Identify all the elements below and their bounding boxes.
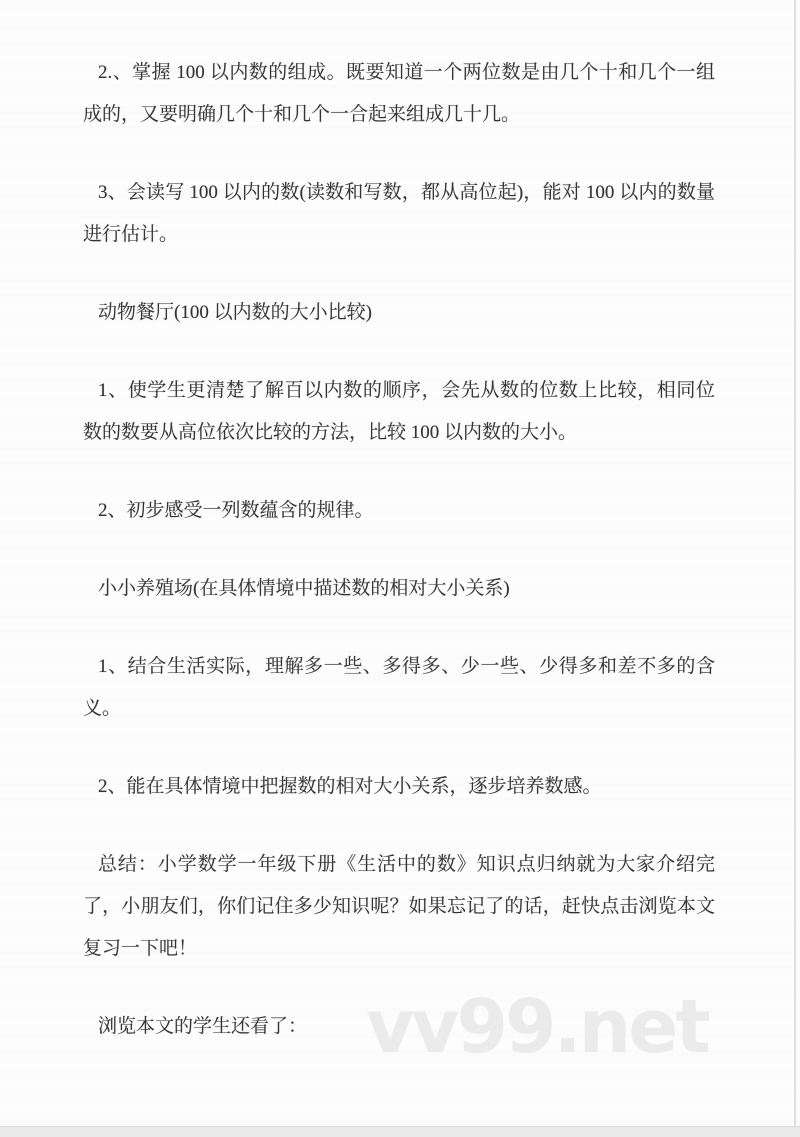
paragraph-summary: 总结：小学数学一年级下册《生活中的数》知识点归纳就为大家介绍完了，小朋友们，你们… bbox=[83, 844, 715, 970]
paragraph-small-farm-point-2: 2、能在具体情境中把握数的相对大小关系，逐步培养数感。 bbox=[83, 766, 715, 808]
paragraph-section-animal-restaurant: 动物餐厅(100 以内数的大小比较) bbox=[83, 292, 715, 334]
paragraph-animal-restaurant-point-1: 1、使学生更清楚了解百以内数的顺序，会先从数的位数上比较，相同位数的数要从高位依… bbox=[83, 370, 715, 454]
document-body: 2.、掌握 100 以内数的组成。既要知道一个两位数是由几个十和几个一组成的，又… bbox=[0, 0, 715, 1048]
paragraph-goal-2: 2.、掌握 100 以内数的组成。既要知道一个两位数是由几个十和几个一组成的，又… bbox=[83, 52, 715, 136]
paragraph-section-small-farm: 小小养殖场(在具体情境中描述数的相对大小关系) bbox=[83, 568, 715, 610]
paragraph-animal-restaurant-point-2: 2、初步感受一列数蕴含的规律。 bbox=[83, 490, 715, 532]
paragraph-small-farm-point-1: 1、结合生活实际，理解多一些、多得多、少一些、少得多和差不多的含义。 bbox=[83, 646, 715, 730]
viewer-bottom-bar bbox=[0, 1126, 800, 1137]
paragraph-goal-3: 3、会读写 100 以内的数(读数和写数，都从高位起)，能对 100 以内的数量… bbox=[83, 172, 715, 256]
page-right-gutter bbox=[796, 0, 800, 1126]
paragraph-related-reading-lead: 浏览本文的学生还看了： bbox=[83, 1006, 715, 1048]
document-page: vv99.net 2.、掌握 100 以内数的组成。既要知道一个两位数是由几个十… bbox=[0, 0, 800, 1137]
